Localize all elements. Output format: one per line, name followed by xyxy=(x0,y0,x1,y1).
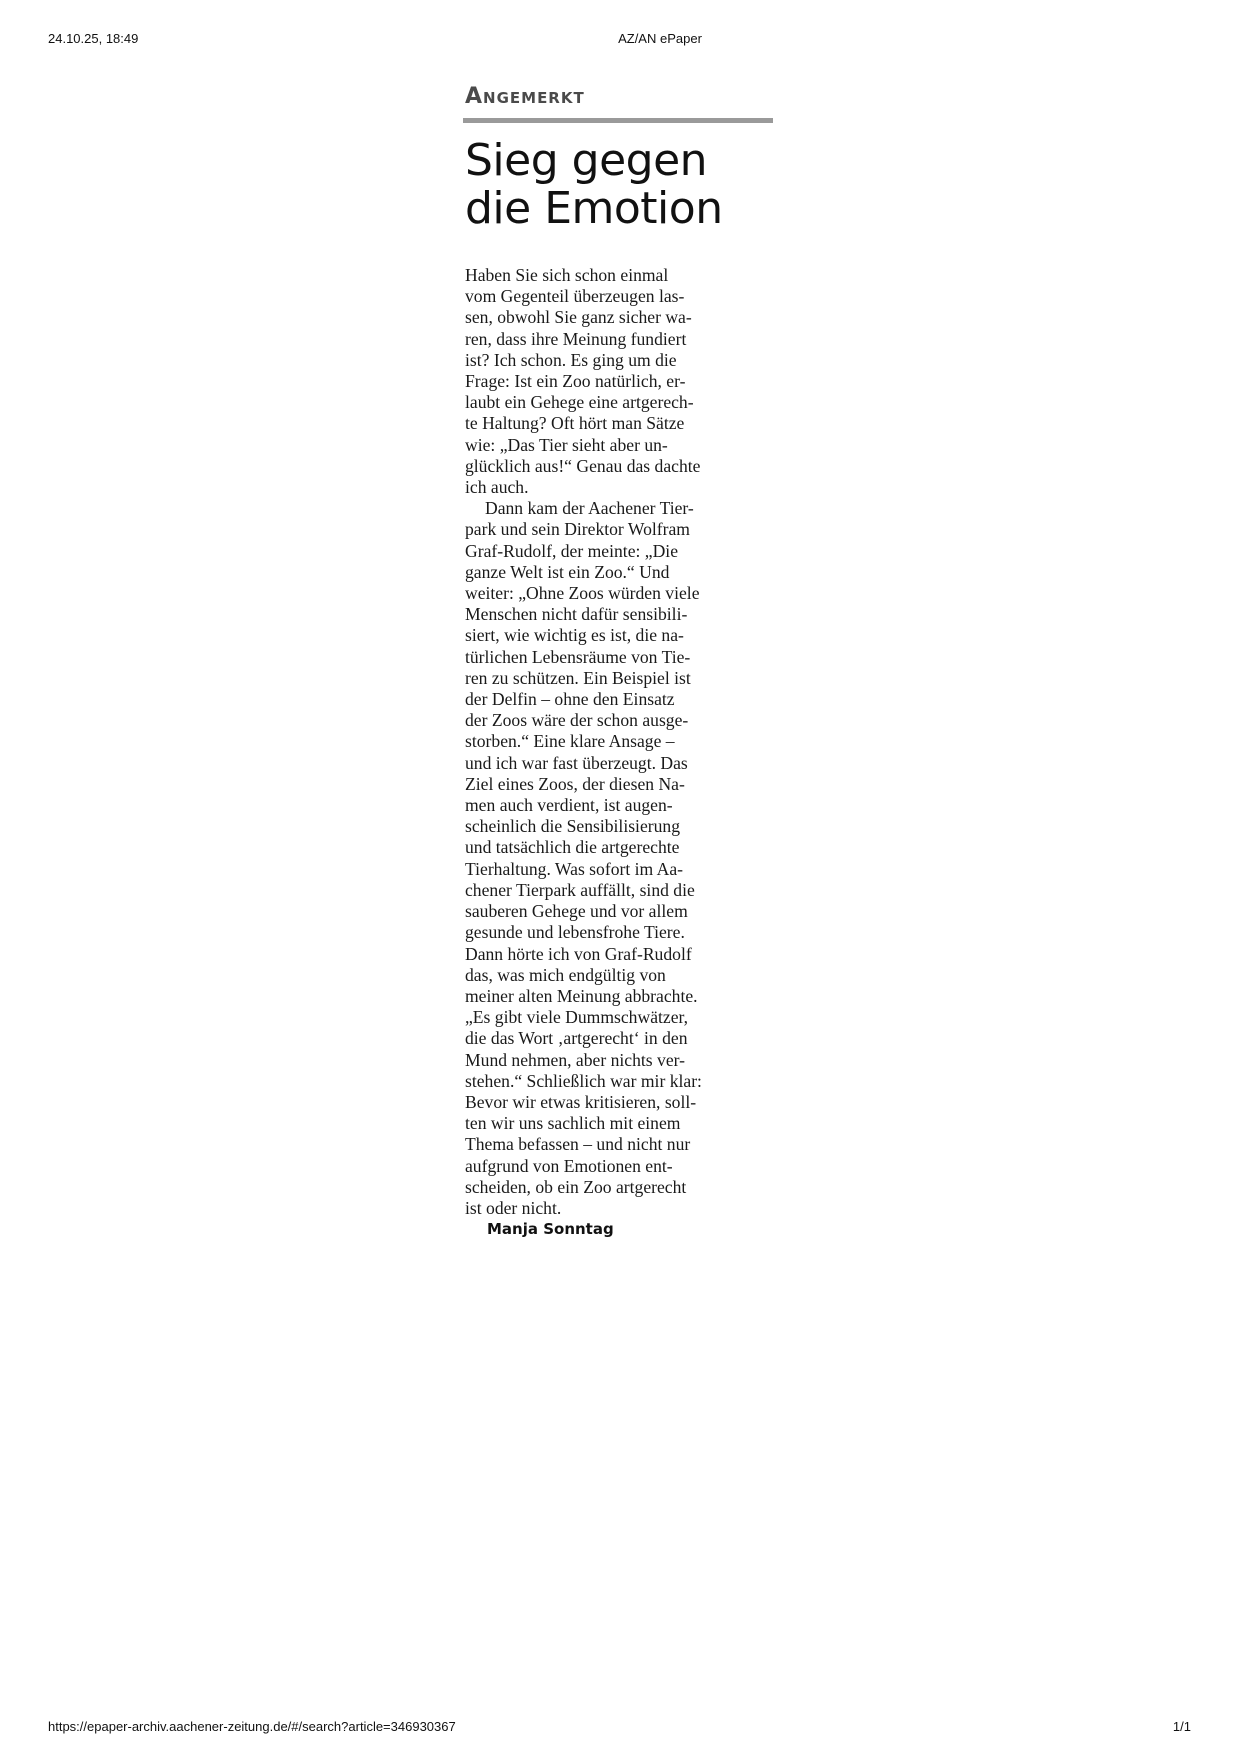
text-line: Ziel eines Zoos, der diesen Na- xyxy=(465,774,775,795)
article-headline: Sieg gegen die Emotion xyxy=(463,137,775,233)
text-line: siert, wie wichtig es ist, die na- xyxy=(465,625,775,646)
text-line: vom Gegenteil überzeugen las- xyxy=(465,286,775,307)
paragraph-1: Haben Sie sich schon einmalvom Gegenteil… xyxy=(465,265,775,498)
text-line: stehen.“ Schließlich war mir klar: xyxy=(465,1071,775,1092)
print-footer: https://epaper-archiv.aachener-zeitung.d… xyxy=(0,1719,1239,1737)
text-line: aufgrund von Emotionen ent- xyxy=(465,1156,775,1177)
source-url: https://epaper-archiv.aachener-zeitung.d… xyxy=(48,1719,456,1734)
text-line: Thema befassen – und nicht nur xyxy=(465,1134,775,1155)
text-line: Mund nehmen, aber nichts ver- xyxy=(465,1050,775,1071)
text-line: Graf-Rudolf, der meinte: „Die xyxy=(465,541,775,562)
text-line: Tierhaltung. Was sofort im Aa- xyxy=(465,859,775,880)
text-line: glücklich aus!“ Genau das dachte xyxy=(465,456,775,477)
text-line: die das Wort ‚artgerecht‘ in den xyxy=(465,1028,775,1049)
article-body: Haben Sie sich schon einmalvom Gegenteil… xyxy=(463,265,775,1219)
text-line: ren, dass ihre Meinung fundiert xyxy=(465,329,775,350)
print-header: 24.10.25, 18:49 AZ/AN ePaper xyxy=(0,31,1239,49)
text-line: Dann hörte ich von Graf-Rudolf xyxy=(465,944,775,965)
text-line: te Haltung? Oft hört man Sätze xyxy=(465,413,775,434)
text-line: und tatsächlich die artgerechte xyxy=(465,837,775,858)
text-line: der Delfin – ohne den Einsatz xyxy=(465,689,775,710)
text-line: meiner alten Meinung abbrachte. xyxy=(465,986,775,1007)
print-title: AZ/AN ePaper xyxy=(618,31,702,46)
text-line: park und sein Direktor Wolfram xyxy=(465,519,775,540)
kicker-rule-divider xyxy=(463,118,773,123)
text-line: ist? Ich schon. Es ging um die xyxy=(465,350,775,371)
text-line: gesunde und lebensfrohe Tiere. xyxy=(465,922,775,943)
text-line: scheinlich die Sensibilisierung xyxy=(465,816,775,837)
print-datetime: 24.10.25, 18:49 xyxy=(48,31,138,46)
text-line: sen, obwohl Sie ganz sicher wa- xyxy=(465,307,775,328)
text-line: weiter: „Ohne Zoos würden viele xyxy=(465,583,775,604)
text-line: das, was mich endgültig von xyxy=(465,965,775,986)
text-line: scheiden, ob ein Zoo artgerecht xyxy=(465,1177,775,1198)
text-line: ist oder nicht. xyxy=(465,1198,775,1219)
page-number: 1/1 xyxy=(1173,1719,1191,1734)
text-line: Frage: Ist ein Zoo natürlich, er- xyxy=(465,371,775,392)
text-line: chener Tierpark auffällt, sind die xyxy=(465,880,775,901)
text-line: „Es gibt viele Dummschwätzer, xyxy=(465,1007,775,1028)
text-line: sauberen Gehege und vor allem xyxy=(465,901,775,922)
article: Angemerkt Sieg gegen die Emotion Haben S… xyxy=(463,86,775,1239)
text-line: ich auch. xyxy=(465,477,775,498)
article-kicker: Angemerkt xyxy=(463,86,775,108)
text-line: Bevor wir etwas kritisieren, soll- xyxy=(465,1092,775,1113)
text-line: ten wir uns sachlich mit einem xyxy=(465,1113,775,1134)
text-line: wie: „Das Tier sieht aber un- xyxy=(465,435,775,456)
text-line: Dann kam der Aachener Tier- xyxy=(465,498,775,519)
text-line: storben.“ Eine klare Ansage – xyxy=(465,731,775,752)
text-line: ren zu schützen. Ein Beispiel ist xyxy=(465,668,775,689)
headline-line: die Emotion xyxy=(465,185,775,233)
text-line: und ich war fast überzeugt. Das xyxy=(465,753,775,774)
text-line: Haben Sie sich schon einmal xyxy=(465,265,775,286)
paragraph-2: Dann kam der Aachener Tier-park und sein… xyxy=(465,498,775,1219)
text-line: der Zoos wäre der schon ausge- xyxy=(465,710,775,731)
text-line: men auch verdient, ist augen- xyxy=(465,795,775,816)
headline-line: Sieg gegen xyxy=(465,137,775,185)
text-line: ganze Welt ist ein Zoo.“ Und xyxy=(465,562,775,583)
text-line: Menschen nicht dafür sensibili- xyxy=(465,604,775,625)
text-line: laubt ein Gehege eine artgerech- xyxy=(465,392,775,413)
text-line: türlichen Lebensräume von Tie- xyxy=(465,647,775,668)
article-byline: Manja Sonntag xyxy=(463,1219,775,1239)
